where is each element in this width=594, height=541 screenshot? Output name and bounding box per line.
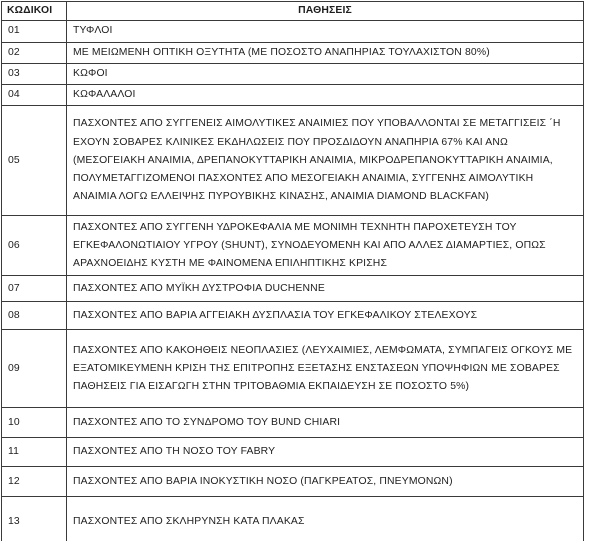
row-condition: ΠΑΣΧΟΝΤΕΣ ΑΠΟ ΣΥΓΓΕΝΗ ΥΔΡΟΚΕΦΑΛΙΑ ΜΕ ΜΟΝ… xyxy=(67,216,584,276)
row-code: 08 xyxy=(2,302,67,330)
row-code: 07 xyxy=(2,276,67,302)
row-code: 02 xyxy=(2,42,67,63)
table-row: 01ΤΥΦΛΟΙ xyxy=(2,21,584,42)
row-condition: ΠΑΣΧΟΝΤΕΣ ΑΠΟ ΜΥΪΚΗ ΔΥΣΤΡΟΦΙΑ DUCHENNE xyxy=(67,276,584,302)
table-row: 02ΜΕ ΜΕΙΩΜΕΝΗ ΟΠΤΙΚΗ ΟΞΥΤΗΤΑ (ΜΕ ΠΟΣΟΣΤΟ… xyxy=(2,42,584,63)
row-condition: ΠΑΣΧΟΝΤΕΣ ΑΠΟ ΣΥΓΓΕΝΕΙΣ ΑΙΜΟΛΥΤΙΚΕΣ ΑΝΑΙ… xyxy=(67,106,584,216)
row-condition: ΠΑΣΧΟΝΤΕΣ ΑΠΟ ΚΑΚΟΗΘΕΙΣ ΝΕΟΠΛΑΣΙΕΣ (ΛΕΥΧ… xyxy=(67,330,584,408)
table-row: 05ΠΑΣΧΟΝΤΕΣ ΑΠΟ ΣΥΓΓΕΝΕΙΣ ΑΙΜΟΛΥΤΙΚΕΣ ΑΝ… xyxy=(2,106,584,216)
table-row: 04ΚΩΦΑΛΑΛΟΙ xyxy=(2,85,584,106)
row-code: 04 xyxy=(2,85,67,106)
table-row: 11ΠΑΣΧΟΝΤΕΣ ΑΠΟ ΤΗ ΝΟΣΟ ΤΟΥ FABRY xyxy=(2,438,584,467)
row-condition: ΠΑΣΧΟΝΤΕΣ ΑΠΟ ΤΗ ΝΟΣΟ ΤΟΥ FABRY xyxy=(67,438,584,467)
row-condition: ΜΕ ΜΕΙΩΜΕΝΗ ΟΠΤΙΚΗ ΟΞΥΤΗΤΑ (ΜΕ ΠΟΣΟΣΤΟ Α… xyxy=(67,42,584,63)
row-code: 13 xyxy=(2,497,67,541)
row-condition: ΠΑΣΧΟΝΤΕΣ ΑΠΟ ΣΚΛΗΡΥΝΣΗ ΚΑΤΑ ΠΛΑΚΑΣ xyxy=(67,497,584,541)
table-row: 08ΠΑΣΧΟΝΤΕΣ ΑΠΟ ΒΑΡΙΑ ΑΓΓΕΙΑΚΗ ΔΥΣΠΛΑΣΙΑ… xyxy=(2,302,584,330)
table-row: 09ΠΑΣΧΟΝΤΕΣ ΑΠΟ ΚΑΚΟΗΘΕΙΣ ΝΕΟΠΛΑΣΙΕΣ (ΛΕ… xyxy=(2,330,584,408)
row-condition: ΠΑΣΧΟΝΤΕΣ ΑΠΟ ΤΟ ΣΥΝΔΡΟΜΟ ΤΟΥ BUND CHIAR… xyxy=(67,408,584,438)
row-code: 11 xyxy=(2,438,67,467)
table-row: 07ΠΑΣΧΟΝΤΕΣ ΑΠΟ ΜΥΪΚΗ ΔΥΣΤΡΟΦΙΑ DUCHENNE xyxy=(2,276,584,302)
conditions-table: ΚΩΔΙΚΟΙ ΠΑΘΗΣΕΙΣ 01ΤΥΦΛΟΙ02ΜΕ ΜΕΙΩΜΕΝΗ Ο… xyxy=(1,1,584,541)
row-code: 09 xyxy=(2,330,67,408)
row-code: 12 xyxy=(2,467,67,497)
row-code: 05 xyxy=(2,106,67,216)
row-code: 10 xyxy=(2,408,67,438)
table-row: 03ΚΩΦΟΙ xyxy=(2,63,584,84)
header-codes: ΚΩΔΙΚΟΙ xyxy=(2,2,67,21)
row-code: 03 xyxy=(2,63,67,84)
row-condition: ΠΑΣΧΟΝΤΕΣ ΑΠΟ ΒΑΡΙΑ ΑΓΓΕΙΑΚΗ ΔΥΣΠΛΑΣΙΑ Τ… xyxy=(67,302,584,330)
row-code: 06 xyxy=(2,216,67,276)
table-row: 13ΠΑΣΧΟΝΤΕΣ ΑΠΟ ΣΚΛΗΡΥΝΣΗ ΚΑΤΑ ΠΛΑΚΑΣ xyxy=(2,497,584,541)
header-conditions: ΠΑΘΗΣΕΙΣ xyxy=(67,2,584,21)
row-condition: ΤΥΦΛΟΙ xyxy=(67,21,584,42)
header-row: ΚΩΔΙΚΟΙ ΠΑΘΗΣΕΙΣ xyxy=(2,2,584,21)
table-row: 12ΠΑΣΧΟΝΤΕΣ ΑΠΟ ΒΑΡΙΑ ΙΝΟΚΥΣΤΙΚΗ ΝΟΣΟ (Π… xyxy=(2,467,584,497)
table-row: 06ΠΑΣΧΟΝΤΕΣ ΑΠΟ ΣΥΓΓΕΝΗ ΥΔΡΟΚΕΦΑΛΙΑ ΜΕ Μ… xyxy=(2,216,584,276)
row-condition: ΠΑΣΧΟΝΤΕΣ ΑΠΟ ΒΑΡΙΑ ΙΝΟΚΥΣΤΙΚΗ ΝΟΣΟ (ΠΑΓ… xyxy=(67,467,584,497)
row-condition: ΚΩΦΟΙ xyxy=(67,63,584,84)
row-condition: ΚΩΦΑΛΑΛΟΙ xyxy=(67,85,584,106)
table-row: 10ΠΑΣΧΟΝΤΕΣ ΑΠΟ ΤΟ ΣΥΝΔΡΟΜΟ ΤΟΥ BUND CHI… xyxy=(2,408,584,438)
row-code: 01 xyxy=(2,21,67,42)
